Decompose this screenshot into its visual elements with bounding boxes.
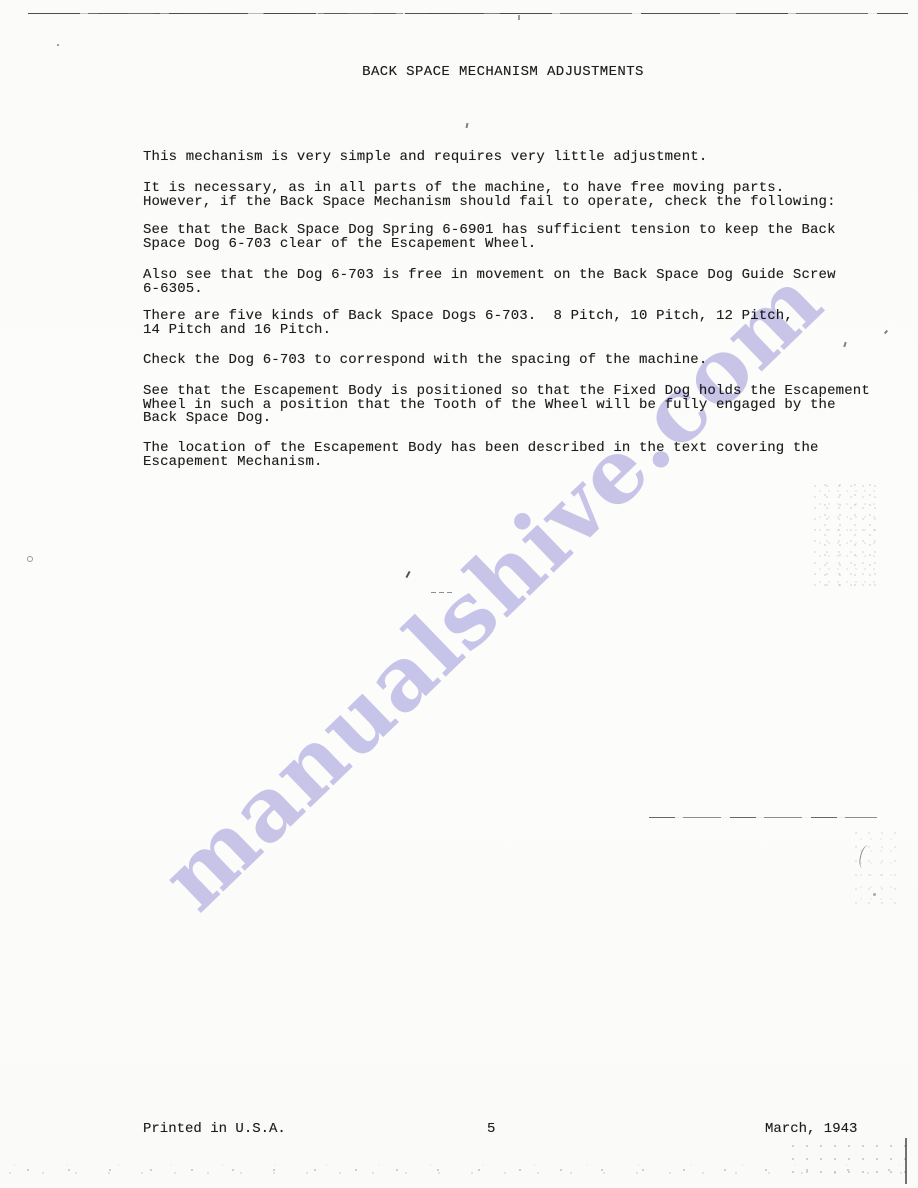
text-line: 6-6305. bbox=[143, 283, 836, 297]
paragraph: See that the Escapement Body is position… bbox=[143, 385, 870, 426]
text-line: Also see that the Dog 6-703 is free in m… bbox=[143, 269, 836, 283]
scan-edge-right-line bbox=[905, 1138, 907, 1184]
footer-printed-in: Printed in U.S.A. bbox=[143, 1121, 286, 1137]
text-line: However, if the Back Space Mechanism sho… bbox=[143, 196, 836, 210]
page-footer: Printed in U.S.A. 5 March, 1943 bbox=[0, 1121, 918, 1139]
scan-speck bbox=[27, 556, 33, 562]
scan-speck bbox=[466, 123, 469, 128]
scan-speck bbox=[431, 592, 453, 593]
text-line: Space Dog 6-703 clear of the Escapement … bbox=[143, 238, 836, 252]
scanned-manual-page: manualshive.com BACK SPACE MECHANISM ADJ… bbox=[0, 0, 918, 1188]
scan-speck bbox=[843, 342, 846, 347]
scan-speckle-patch bbox=[812, 482, 876, 590]
text-line: Escapement Mechanism. bbox=[143, 456, 819, 470]
scan-noise-bottom-right bbox=[788, 1140, 908, 1184]
scan-speck bbox=[884, 330, 888, 334]
scan-speck bbox=[518, 15, 520, 20]
paragraph: There are five kinds of Back Space Dogs … bbox=[143, 310, 793, 337]
text-line: Check the Dog 6-703 to correspond with t… bbox=[143, 354, 707, 368]
scan-speckle-patch bbox=[852, 828, 898, 908]
footer-page-number: 5 bbox=[487, 1121, 495, 1137]
scan-speck bbox=[405, 571, 410, 578]
paragraph: It is necessary, as in all parts of the … bbox=[143, 182, 836, 209]
scan-noise-bottom bbox=[6, 1155, 910, 1183]
page-title: BACK SPACE MECHANISM ADJUSTMENTS bbox=[0, 64, 918, 80]
paragraph: Also see that the Dog 6-703 is free in m… bbox=[143, 269, 836, 296]
paragraph: This mechanism is very simple and requir… bbox=[143, 151, 707, 165]
scan-edge-top-line bbox=[28, 12, 908, 14]
paragraph: See that the Back Space Dog Spring 6-690… bbox=[143, 224, 836, 251]
scan-speck bbox=[57, 44, 59, 46]
text-line: Back Space Dog. bbox=[143, 412, 870, 426]
footer-date: March, 1943 bbox=[765, 1121, 857, 1137]
scan-dashed-line bbox=[649, 817, 877, 818]
text-line: 14 Pitch and 16 Pitch. bbox=[143, 324, 793, 338]
paragraph: The location of the Escapement Body has … bbox=[143, 442, 819, 469]
paragraph: Check the Dog 6-703 to correspond with t… bbox=[143, 354, 707, 368]
text-line: This mechanism is very simple and requir… bbox=[143, 151, 707, 165]
